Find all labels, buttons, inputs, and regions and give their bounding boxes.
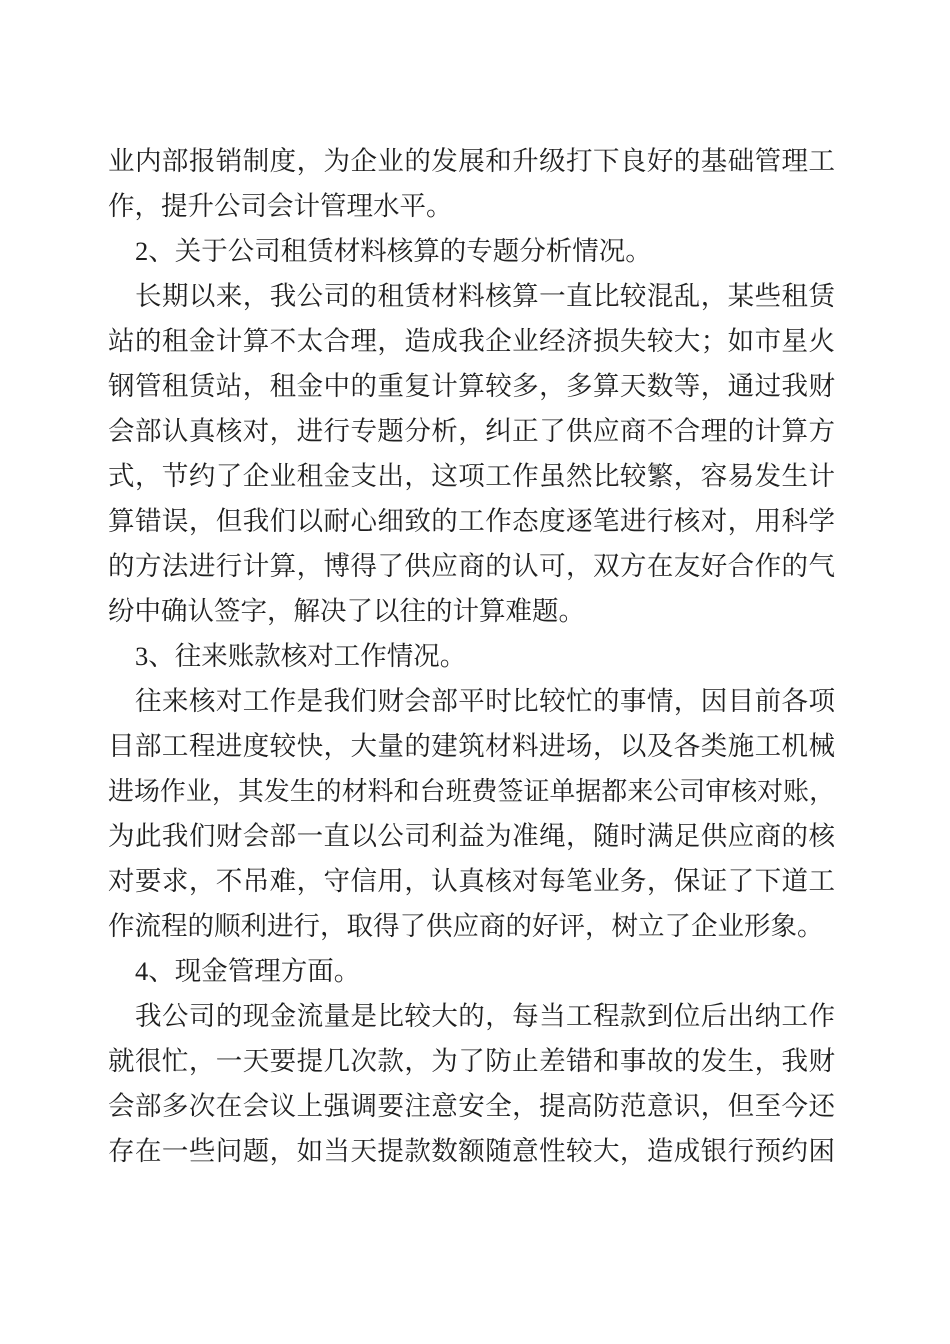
- text-line: 作，提升公司会计管理水平。: [108, 184, 835, 229]
- text-line: 算错误，但我们以耐心细致的工作态度逐笔进行核对，用科学: [108, 499, 835, 544]
- text-line: 我公司的现金流量是比较大的，每当工程款到位后出纳工作: [108, 994, 835, 1039]
- text-line: 式，节约了企业租金支出，这项工作虽然比较繁，容易发生计: [108, 454, 835, 499]
- text-line: 对要求，不吊难，守信用，认真核对每笔业务，保证了下道工: [108, 859, 835, 904]
- text-line: 进场作业，其发生的材料和台班费签证单据都来公司审核对账，: [108, 769, 835, 814]
- text-line: 目部工程进度较快，大量的建筑材料进场，以及各类施工机械: [108, 724, 835, 769]
- text-line: 往来核对工作是我们财会部平时比较忙的事情，因目前各项: [108, 679, 835, 724]
- text-line: 站的租金计算不太合理，造成我企业经济损失较大；如市星火: [108, 319, 835, 364]
- text-line: 钢管租赁站，租金中的重复计算较多，多算天数等，通过我财: [108, 364, 835, 409]
- text-line: 业内部报销制度，为企业的发展和升级打下良好的基础管理工: [108, 139, 835, 184]
- document-text-block: 业内部报销制度，为企业的发展和升级打下良好的基础管理工作，提升公司会计管理水平。…: [108, 139, 835, 1174]
- text-line: 长期以来，我公司的租赁材料核算一直比较混乱，某些租赁: [108, 274, 835, 319]
- text-line: 纷中确认签字，解决了以往的计算难题。: [108, 589, 835, 634]
- document-page: 业内部报销制度，为企业的发展和升级打下良好的基础管理工作，提升公司会计管理水平。…: [0, 0, 950, 1344]
- text-line: 的方法进行计算，博得了供应商的认可，双方在友好合作的气: [108, 544, 835, 589]
- text-line: 就很忙，一天要提几次款，为了防止差错和事故的发生，我财: [108, 1039, 835, 1084]
- text-line: 会部认真核对，进行专题分析，纠正了供应商不合理的计算方: [108, 409, 835, 454]
- text-line: 会部多次在会议上强调要注意安全，提高防范意识，但至今还: [108, 1084, 835, 1129]
- text-line: 2、关于公司租赁材料核算的专题分析情况。: [108, 229, 835, 274]
- text-line: 作流程的顺利进行，取得了供应商的好评，树立了企业形象。: [108, 904, 835, 949]
- text-line: 存在一些问题，如当天提款数额随意性较大，造成银行预约困: [108, 1129, 835, 1174]
- text-line: 3、往来账款核对工作情况。: [108, 634, 835, 679]
- text-line: 4、现金管理方面。: [108, 949, 835, 994]
- text-line: 为此我们财会部一直以公司利益为准绳，随时满足供应商的核: [108, 814, 835, 859]
